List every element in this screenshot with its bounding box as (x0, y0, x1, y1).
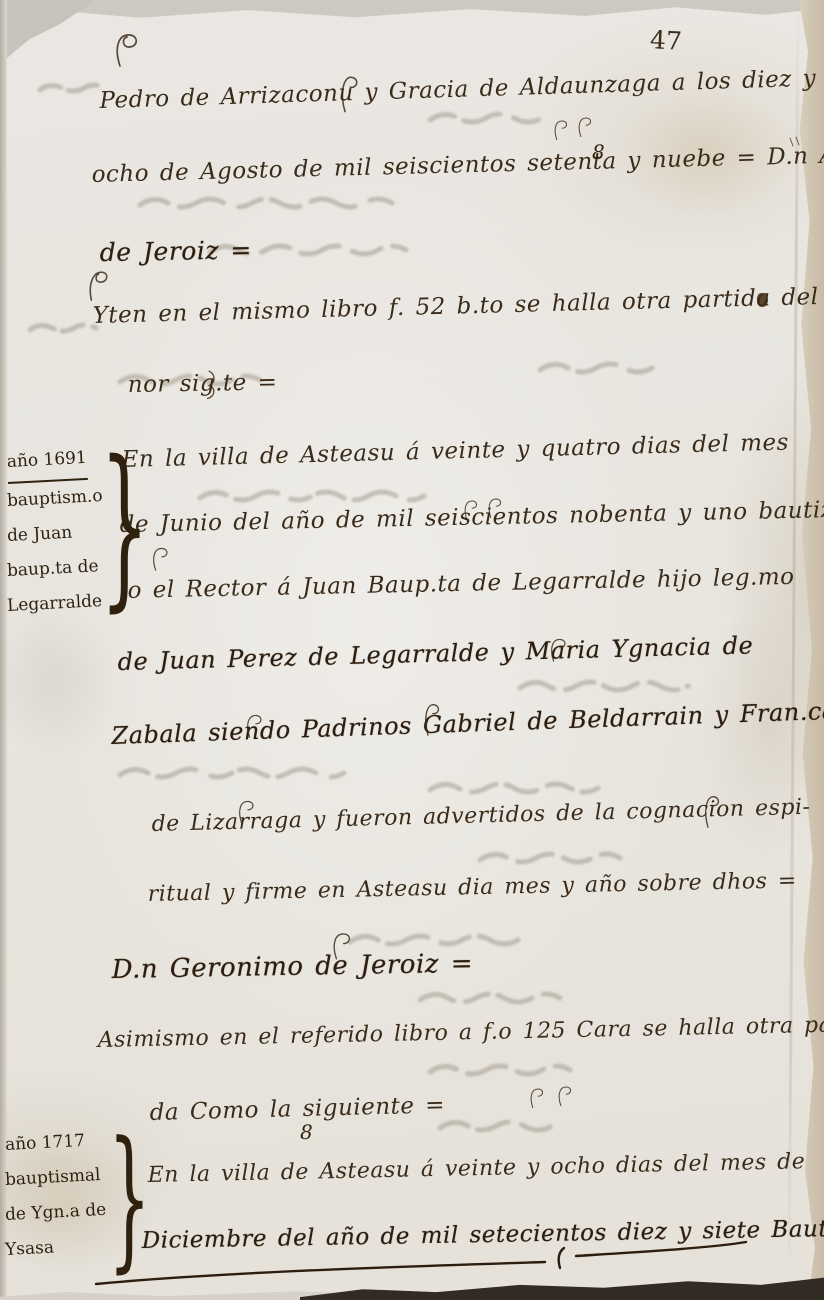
closing-flourish-lines (0, 0, 824, 1300)
manuscript-page: 47 Pedro de Arrizaconu y Gracia de Aldau… (0, 0, 824, 1300)
